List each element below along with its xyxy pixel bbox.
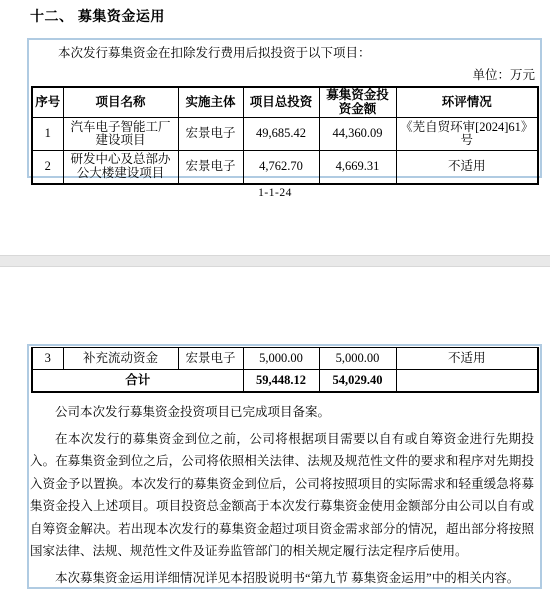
col-header-entity: 实施主体	[178, 87, 243, 118]
cell-no: 2	[32, 151, 63, 184]
cell-env-assessment: 不适用	[396, 348, 538, 370]
col-header-project: 项目名称	[63, 87, 178, 118]
page-break-separator	[0, 255, 550, 267]
cell-raised-amount: 44,360.09	[319, 118, 396, 151]
cell-raised-amount: 4,669.31	[319, 151, 396, 184]
cell-total-investment-sum: 59,448.12	[243, 370, 319, 392]
table-row: 3 补充流动资金 宏景电子 5,000.00 5,000.00 不适用	[32, 348, 538, 370]
table-row: 2 研发中心及总部办公大楼建设项目 宏景电子 4,762.70 4,669.31…	[32, 151, 538, 184]
paragraph-funds-usage-plan: 在本次发行的募集资金到位之前，公司将根据项目需要以自有或自筹资金进行先期投入。在…	[30, 428, 534, 562]
cell-total-investment: 5,000.00	[243, 348, 319, 370]
cell-project-name: 研发中心及总部办公大楼建设项目	[63, 151, 178, 184]
section-title: 十二、 募集资金运用	[30, 6, 165, 26]
col-header-raised-amount: 募集资金投资金额	[319, 87, 396, 118]
table-header-row: 序号 项目名称 实施主体 项目总投资 募集资金投资金额 环评情况	[32, 87, 538, 118]
cell-raised-amount: 5,000.00	[319, 348, 396, 370]
table-total-row: 合计 59,448.12 54,029.40	[32, 370, 538, 392]
cell-entity: 宏景电子	[178, 118, 243, 151]
page1-content-box: 本次发行募集资金在扣除发行费用后拟投资于以下项目： 单位：万元 序号 项目名称 …	[27, 38, 542, 178]
body-text-block: 公司本次发行募集资金投资项目已完成项目备案。 在本次发行的募集资金到位之前，公司…	[29, 401, 540, 590]
cell-total-label: 合计	[32, 370, 243, 392]
cell-env-empty	[396, 370, 538, 392]
funds-table-upper: 序号 项目名称 实施主体 项目总投资 募集资金投资金额 环评情况 1 汽车电子智…	[31, 86, 539, 185]
col-header-no: 序号	[32, 87, 63, 118]
table-row: 1 汽车电子智能工厂建设项目 宏景电子 49,685.42 44,360.09 …	[32, 118, 538, 151]
cell-no: 3	[32, 348, 63, 370]
cell-env-assessment: 不适用	[396, 151, 538, 184]
page2-content-box: 3 补充流动资金 宏景电子 5,000.00 5,000.00 不适用 合计 5…	[27, 344, 542, 589]
cell-no: 1	[32, 118, 63, 151]
cell-raised-amount-sum: 54,029.40	[319, 370, 396, 392]
cell-total-investment: 49,685.42	[243, 118, 319, 151]
col-header-env-assessment: 环评情况	[396, 87, 538, 118]
cell-entity: 宏景电子	[178, 348, 243, 370]
cell-total-investment: 4,762.70	[243, 151, 319, 184]
page-number: 1-1-24	[0, 187, 550, 199]
cell-env-assessment: 《芜自贸环审[2024]61》号	[396, 118, 538, 151]
intro-paragraph: 本次发行募集资金在扣除发行费用后拟投资于以下项目：	[29, 44, 540, 63]
cell-project-name: 补充流动资金	[63, 348, 178, 370]
paragraph-reference-note: 本次募集资金运用详细情况详见本招股说明书“第九节 募集资金运用”中的相关内容。	[30, 567, 534, 589]
cell-project-name: 汽车电子智能工厂建设项目	[63, 118, 178, 151]
cell-entity: 宏景电子	[178, 151, 243, 184]
unit-label: 单位：万元	[29, 66, 540, 85]
paragraph-filing-complete: 公司本次发行募集资金投资项目已完成项目备案。	[30, 401, 534, 423]
col-header-total-investment: 项目总投资	[243, 87, 319, 118]
funds-table-lower: 3 补充流动资金 宏景电子 5,000.00 5,000.00 不适用 合计 5…	[31, 347, 539, 393]
